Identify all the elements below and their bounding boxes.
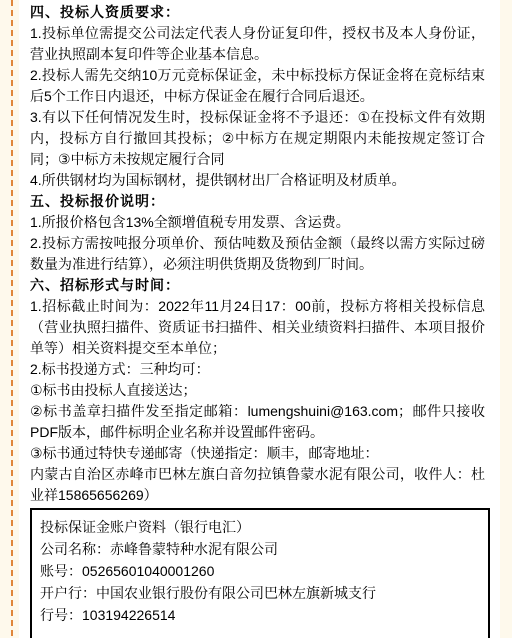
deposit-account-box: 投标保证金账户资料（银行电汇） 公司名称：赤峰鲁蒙特种水泥有限公司 账号：052… xyxy=(30,508,490,638)
section-heading-qualifications: 四、投标人资质要求： xyxy=(30,2,485,23)
section-heading-form-time: 六、招标形式与时间： xyxy=(30,275,485,296)
deposit-bank-code: 行号：103194226514 xyxy=(40,604,480,626)
paragraph: 4.所供钢材均为国标钢材，提供钢材出厂合格证明及材质单。 xyxy=(30,170,485,191)
deposit-bank-name: 开户行：中国农业银行股份有限公司巴林左旗新城支行 xyxy=(40,582,480,604)
paragraph: 内蒙古自治区赤峰市巴林左旗白音勿拉镇鲁蒙水泥有限公司，收件人：杜业祥158656… xyxy=(30,464,485,506)
paragraph: 1.投标单位需提交公司法定代表人身份证复印件，授权书及本人身份证，营业执照副本复… xyxy=(30,23,485,65)
paragraph: ②标书盖章扫描件发至指定邮箱：lumengshuini@163.com；邮件只接… xyxy=(30,401,485,443)
left-margin-dashed-line xyxy=(11,0,13,638)
paragraph: 2.投标方需按吨报分项单价、预估吨数及预估金额（最终以需方实际过磅数量为准进行结… xyxy=(30,233,485,275)
deposit-box-title: 投标保证金账户资料（银行电汇） xyxy=(40,516,480,538)
paragraph: 2.标书投递方式：三种均可： xyxy=(30,359,485,380)
deposit-account-number: 账号：05265601040001260 xyxy=(40,560,480,582)
paragraph: 1.招标截止时间为：2022年11月24日17：00前，投标方将相关投标信息（营… xyxy=(30,296,485,359)
paragraph: ③标书通过特快专递邮寄（快递指定：顺丰，邮寄地址： xyxy=(30,443,485,464)
paragraph: 3.有以下任何情况发生时，投标保证金将不予退还：①在投标文件有效期内，投标方自行… xyxy=(30,107,485,170)
paragraph: 2.投标人需先交纳10万元竞标保证金，未中标投标方保证金将在竞标结束后5个工作日… xyxy=(30,65,485,107)
deposit-company-name: 公司名称：赤峰鲁蒙特种水泥有限公司 xyxy=(40,538,480,560)
paragraph: ①标书由投标人直接送达； xyxy=(30,380,485,401)
section-heading-quotation: 五、投标报价说明： xyxy=(30,191,485,212)
document-content: 四、投标人资质要求： 1.投标单位需提交公司法定代表人身份证复印件，授权书及本人… xyxy=(19,0,500,638)
paragraph: 1.所报价格包含13%全额增值税专用发票、含运费。 xyxy=(30,212,485,233)
document-page: 四、投标人资质要求： 1.投标单位需提交公司法定代表人身份证复印件，授权书及本人… xyxy=(0,0,512,638)
